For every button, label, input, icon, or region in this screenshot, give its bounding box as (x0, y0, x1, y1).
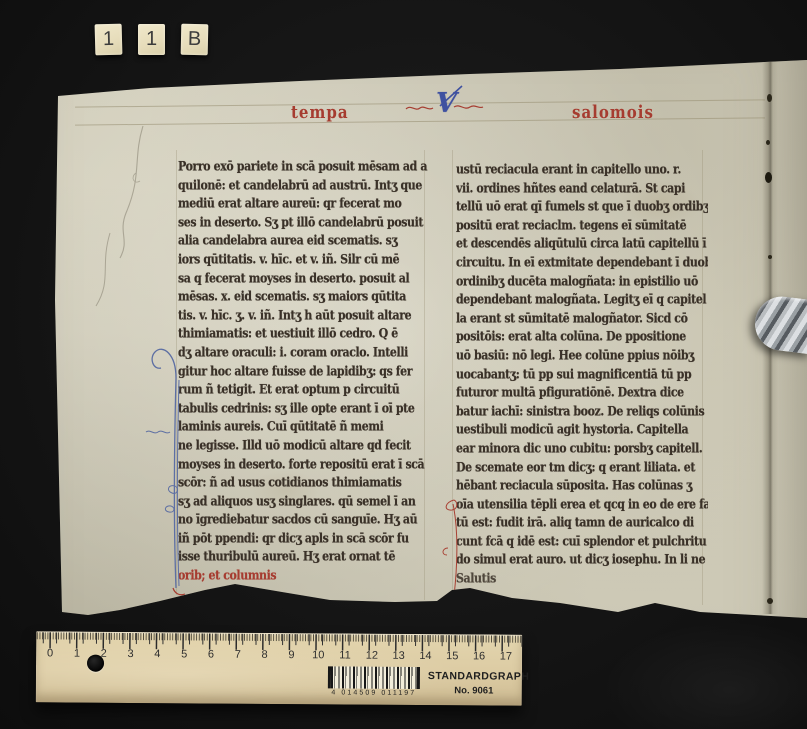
barcode (328, 666, 420, 689)
barcode-digits: 4 014509 011197 (328, 689, 420, 697)
sewing-hole (767, 598, 773, 604)
ruler-brand: STANDARDGRAPH (428, 670, 520, 683)
ruler-model-number: No. 9061 (428, 685, 520, 697)
ruler-number: 11 (337, 649, 353, 661)
red-penwork-flourish (436, 490, 468, 602)
manuscript-page: tempa salomois V Porro exō pariete in sc… (0, 0, 807, 729)
ruler-number: 3 (122, 648, 138, 660)
ruler-number: 10 (310, 649, 326, 661)
blue-penwork-flourish (143, 336, 203, 598)
text-line: Salutis (456, 568, 708, 591)
ruler-number: 6 (203, 648, 219, 660)
running-title-right: salomois (572, 102, 654, 123)
ruler-number: 16 (471, 650, 487, 662)
ruler-number: 15 (444, 650, 460, 662)
ruler-number: 1 (69, 648, 85, 660)
ruler-cm-numbers: 01234567891011121314151617 (42, 647, 514, 662)
running-title-left: tempa (291, 102, 349, 123)
sewing-hole (766, 140, 770, 145)
shelfmark-tile: 1 (95, 24, 123, 56)
ruler-number: 4 (149, 648, 165, 660)
photograph-background: 11B tempa salomois V Porro exō pariete i… (0, 0, 807, 729)
ruler-brand-block: STANDARDGRAPH No. 9061 (428, 670, 520, 697)
labeling-tiles: 11B (95, 24, 208, 55)
measuring-ruler: 01234567891011121314151617 4 014509 0111… (36, 631, 522, 705)
ruler-number: 17 (498, 651, 514, 663)
ruler-hanging-hole (87, 655, 104, 672)
sewing-hole (765, 172, 772, 183)
sewing-hole (767, 94, 772, 102)
ruler-barcode-block: 4 014509 011197 (328, 666, 420, 697)
ruler-number: 14 (417, 650, 433, 662)
ruler-number: 8 (257, 649, 273, 661)
shelfmark-tile: 1 (138, 24, 165, 55)
ruler-number: 5 (176, 648, 192, 660)
ruler-number: 0 (42, 647, 58, 659)
ruler-number: 13 (391, 650, 407, 662)
text-column-left: Porro exō pariete in scā posuit mēsam ad… (178, 156, 428, 598)
ruler-number: 9 (283, 649, 299, 661)
quire-number-letter: V (436, 88, 457, 119)
ruler-number: 7 (230, 649, 246, 661)
faint-marginal-inscription (48, 118, 188, 308)
ruler-number: 12 (364, 650, 380, 662)
quire-number-ornament: V (404, 84, 484, 128)
shelfmark-tile: B (181, 24, 209, 56)
text-line: orib; et columnis (178, 565, 428, 588)
sewing-hole (768, 255, 772, 259)
text-column-right: ustū reciacula erant in capitello uno. r… (456, 159, 708, 607)
